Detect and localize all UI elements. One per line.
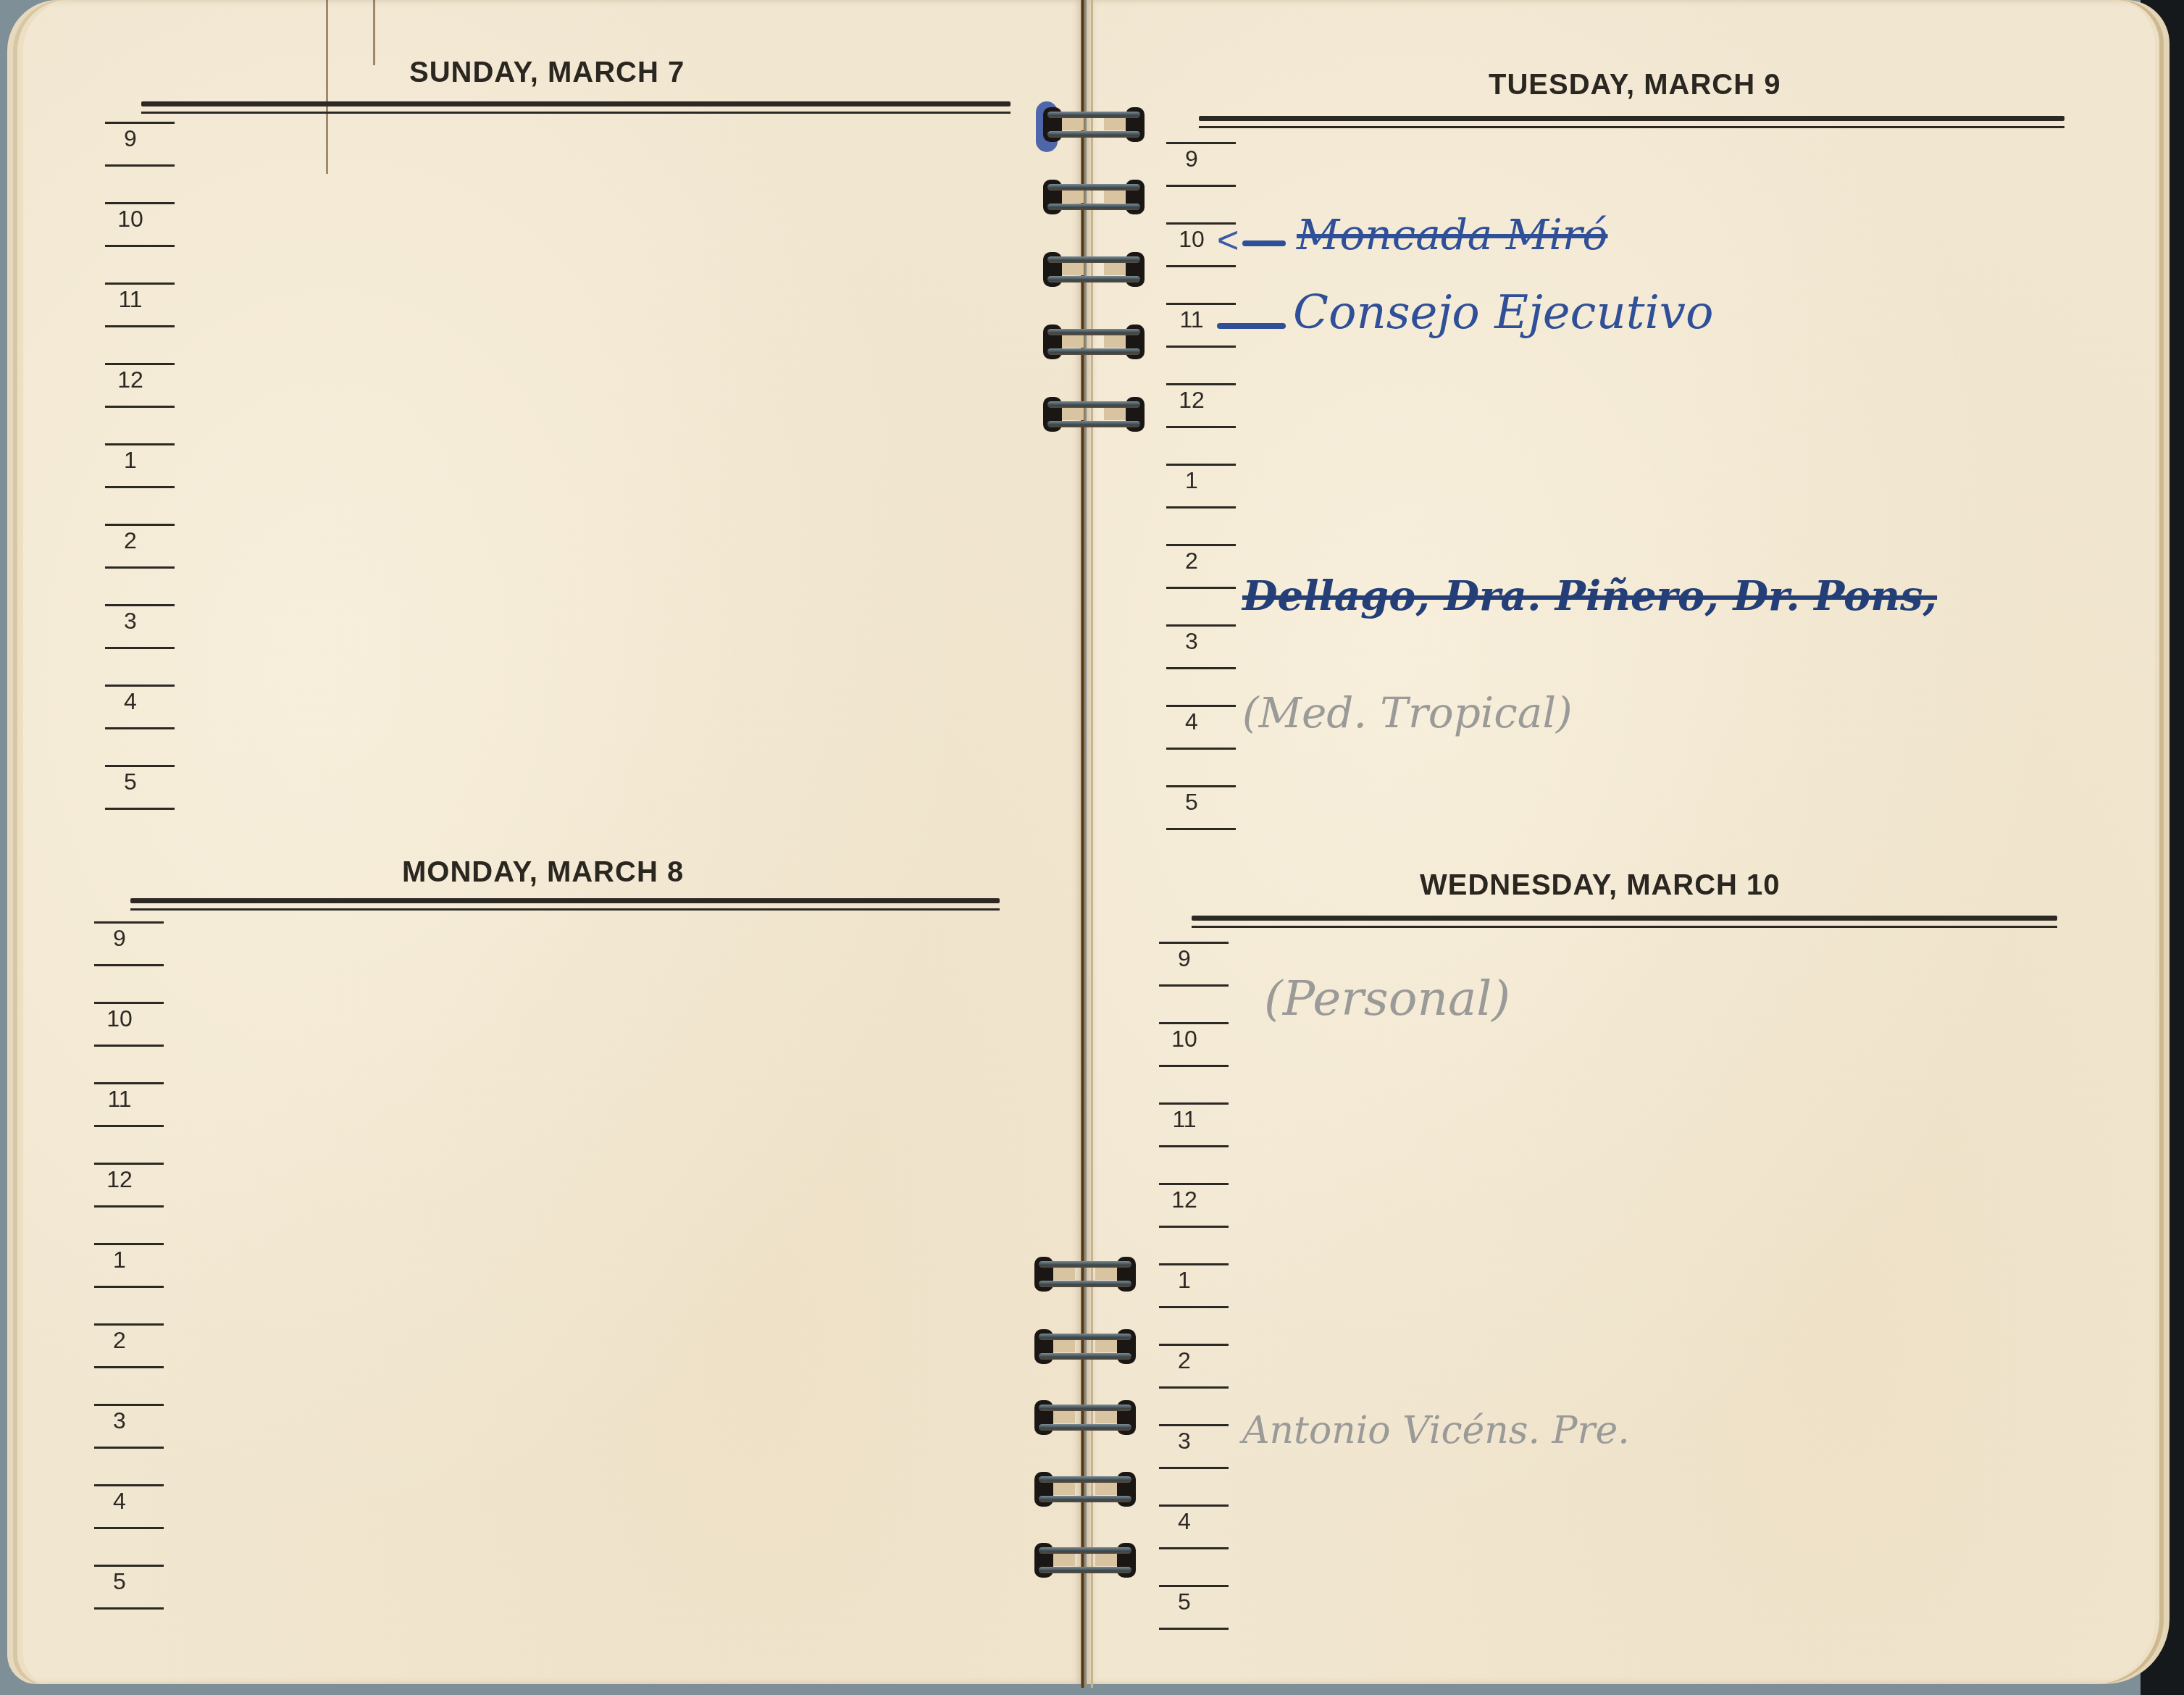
right-page: TUESDAY, MARCH 9 9 10 11 12 1 2 3 4 5 < … <box>1087 0 2170 1684</box>
handwritten-entry-struck: Dellago, Dra. Piñero, Dr. Pons, <box>1242 572 1937 620</box>
page-crease <box>326 0 328 174</box>
header-rule <box>141 112 1011 114</box>
hour-slot[interactable]: 3 <box>1166 624 1236 669</box>
ink-dash <box>1217 323 1286 329</box>
spiral-coil <box>1043 397 1145 433</box>
hour-label: 5 <box>1166 789 1217 816</box>
spiral-coil <box>1043 180 1145 216</box>
arrow-left-icon: < <box>1217 219 1239 262</box>
hour-slot[interactable]: 5 <box>1166 785 1236 830</box>
page-crease <box>373 0 375 65</box>
hour-slot[interactable]: 9 <box>105 122 175 167</box>
hour-slot[interactable]: 4 <box>94 1484 164 1529</box>
hour-slot[interactable]: 12 <box>1159 1183 1229 1228</box>
hour-label: 3 <box>94 1407 145 1434</box>
spiral-coil <box>1043 252 1145 288</box>
hour-label: 9 <box>1159 945 1210 972</box>
hour-label: 9 <box>105 125 156 152</box>
hour-label: 5 <box>1159 1589 1210 1615</box>
hour-slot[interactable]: 4 <box>105 685 175 729</box>
spiral-coil <box>1034 1329 1136 1365</box>
day-header-monday: MONDAY, MARCH 8 <box>402 856 684 889</box>
hour-label: 3 <box>1159 1428 1210 1455</box>
left-page: SUNDAY, MARCH 7 9 10 11 12 1 2 3 4 5 MON… <box>7 0 1083 1684</box>
hour-label: 4 <box>1159 1508 1210 1535</box>
hour-label: 11 <box>105 286 156 313</box>
hour-label: 1 <box>1166 467 1217 494</box>
hour-label: 1 <box>1159 1267 1210 1294</box>
header-rule <box>1199 116 2064 121</box>
handwritten-pencil-note: (Personal) <box>1264 971 1510 1026</box>
spiral-coil <box>1034 1257 1136 1293</box>
hour-label: 11 <box>1159 1106 1210 1133</box>
hour-slot[interactable]: 9 <box>1166 142 1236 187</box>
hour-slot[interactable]: 5 <box>105 765 175 810</box>
spiral-coil <box>1043 107 1145 143</box>
hour-label: 2 <box>105 527 156 554</box>
hour-slot[interactable]: 9 <box>1159 942 1229 987</box>
hour-slot[interactable]: 1 <box>105 443 175 488</box>
hour-label: 11 <box>1166 306 1217 333</box>
handwritten-pencil-note: Antonio Vicéns. Pre. <box>1242 1409 1630 1452</box>
header-rule <box>130 908 1000 911</box>
spiral-coil <box>1034 1543 1136 1579</box>
hour-label: 12 <box>94 1166 145 1193</box>
handwritten-entry-struck: Moncada Miró <box>1297 210 1607 259</box>
spiral-coil <box>1034 1472 1136 1508</box>
hour-slot[interactable]: 3 <box>1159 1424 1229 1469</box>
hour-label: 1 <box>105 447 156 474</box>
handwritten-pencil-note: (Med. Tropical) <box>1242 688 1573 737</box>
hour-label: 4 <box>105 688 156 715</box>
hour-label: 4 <box>94 1488 145 1515</box>
hour-label: 10 <box>105 206 156 233</box>
hour-slot[interactable]: 11 <box>1159 1102 1229 1147</box>
handwritten-entry: Consejo Ejecutivo <box>1293 286 1714 340</box>
hour-slot[interactable]: 9 <box>94 921 164 966</box>
hour-label: 12 <box>105 367 156 393</box>
ink-dash <box>1242 240 1286 246</box>
hour-label: 4 <box>1166 708 1217 735</box>
hour-slot[interactable]: 10 <box>94 1002 164 1047</box>
hour-label: 2 <box>1166 548 1217 574</box>
hour-label: 2 <box>1159 1347 1210 1374</box>
header-rule <box>130 898 1000 903</box>
header-rule <box>1199 126 2064 128</box>
hour-slot[interactable]: 3 <box>94 1404 164 1449</box>
header-rule <box>1192 916 2057 921</box>
hour-slot[interactable]: 2 <box>105 524 175 569</box>
hour-slot[interactable]: 3 <box>105 604 175 649</box>
hour-slot[interactable]: 2 <box>1159 1344 1229 1389</box>
hour-slot[interactable]: 2 <box>1166 544 1236 589</box>
hour-slot[interactable]: 1 <box>94 1243 164 1288</box>
hour-slot[interactable]: 5 <box>1159 1585 1229 1630</box>
day-header-tuesday: TUESDAY, MARCH 9 <box>1489 69 1781 101</box>
hour-label: 1 <box>94 1247 145 1273</box>
hour-label: 12 <box>1166 387 1217 414</box>
hour-label: 3 <box>105 608 156 635</box>
hour-slot[interactable]: 1 <box>1166 464 1236 508</box>
hour-slot[interactable]: 12 <box>94 1163 164 1208</box>
spiral-coil <box>1043 325 1145 361</box>
hour-slot[interactable]: 11 <box>94 1082 164 1127</box>
hour-label: 9 <box>1166 146 1217 172</box>
hour-slot[interactable]: 12 <box>1166 383 1236 428</box>
hour-slot[interactable]: 4 <box>1159 1504 1229 1549</box>
hour-label: 11 <box>94 1086 145 1113</box>
hour-slot[interactable]: 4 <box>1166 705 1236 750</box>
spiral-coil <box>1034 1400 1136 1436</box>
hour-slot[interactable]: 10 <box>1159 1022 1229 1067</box>
hour-slot[interactable]: 1 <box>1159 1263 1229 1308</box>
header-rule <box>1192 926 2057 928</box>
hour-label: 5 <box>105 769 156 795</box>
hour-slot[interactable]: 2 <box>94 1323 164 1368</box>
hour-label: 10 <box>94 1005 145 1032</box>
hour-label: 9 <box>94 925 145 952</box>
hour-label: 2 <box>94 1327 145 1354</box>
hour-label: 10 <box>1159 1026 1210 1052</box>
header-rule <box>141 101 1011 106</box>
hour-slot[interactable]: 12 <box>105 363 175 408</box>
hour-label: 10 <box>1166 226 1217 253</box>
hour-slot[interactable]: 5 <box>94 1565 164 1610</box>
hour-slot[interactable]: 11 <box>105 282 175 327</box>
day-header-wednesday: WEDNESDAY, MARCH 10 <box>1420 869 1781 902</box>
hour-slot[interactable]: 10 <box>105 202 175 247</box>
day-header-sunday: SUNDAY, MARCH 7 <box>409 56 685 89</box>
hour-label: 12 <box>1159 1186 1210 1213</box>
hour-label: 3 <box>1166 628 1217 655</box>
hour-label: 5 <box>94 1568 145 1595</box>
